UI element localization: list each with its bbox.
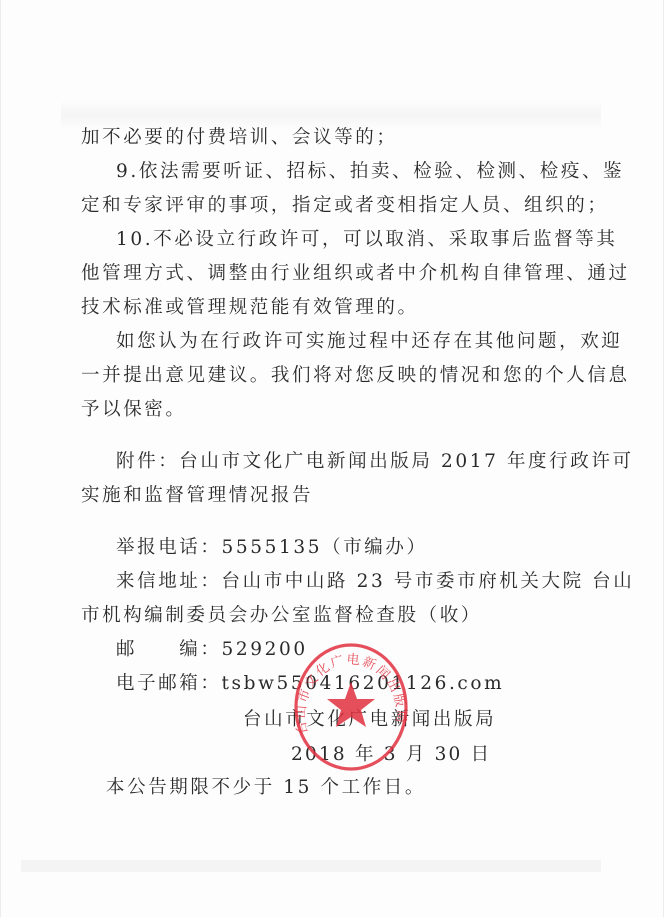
body-line: 加不必要的付费培训、会议等的； bbox=[81, 127, 398, 149]
contact-address: 来信地址：台山市中山路 23 号市委市府机关大院 台山 bbox=[116, 571, 634, 593]
footer-note: 本公告期限不少于 15 个工作日。 bbox=[106, 777, 426, 799]
body-line-item-10: 10.不必设立行政许可，可以取消、采取事后监督等其 bbox=[116, 229, 617, 251]
body-line-item-9: 9.依法需要听证、招标、拍卖、检验、检测、检疫、鉴 bbox=[116, 161, 624, 183]
signature-date: 2018 年 3 月 30 日 bbox=[291, 744, 491, 766]
document-page: 加不必要的付费培训、会议等的； 9.依法需要听证、招标、拍卖、检验、检测、检疫、… bbox=[0, 0, 664, 917]
signature-organization: 台山市文化广电新闻出版局 bbox=[243, 709, 496, 731]
body-line-feedback: 如您认为在行政许可实施过程中还存在其他问题，欢迎 bbox=[116, 331, 622, 353]
scan-bleed-through bbox=[21, 860, 601, 872]
contact-phone: 举报电话：5555135（市编办） bbox=[116, 537, 428, 559]
body-line: 予以保密。 bbox=[81, 399, 187, 421]
contact-email: 电子邮箱：tsbw550416201126.com bbox=[116, 673, 504, 695]
attachment-line: 实施和监督管理情况报告 bbox=[81, 485, 313, 507]
body-line: 他管理方式、调整由行业组织或者中介机构自律管理、通过 bbox=[81, 263, 630, 285]
scan-bleed-through bbox=[61, 100, 601, 130]
attachment-line: 附件：台山市文化广电新闻出版局 2017 年度行政许可 bbox=[116, 451, 634, 473]
body-line: 一并提出意见建议。我们将对您反映的情况和您的个人信息 bbox=[81, 365, 630, 387]
contact-address: 市机构编制委员会办公室监督检查股（收） bbox=[81, 605, 482, 627]
contact-postcode: 邮 编：529200 bbox=[116, 639, 308, 661]
body-line: 技术标准或管理规范能有效管理的。 bbox=[81, 297, 419, 319]
body-line: 定和专家评审的事项，指定或者变相指定人员、组织的； bbox=[81, 195, 609, 217]
